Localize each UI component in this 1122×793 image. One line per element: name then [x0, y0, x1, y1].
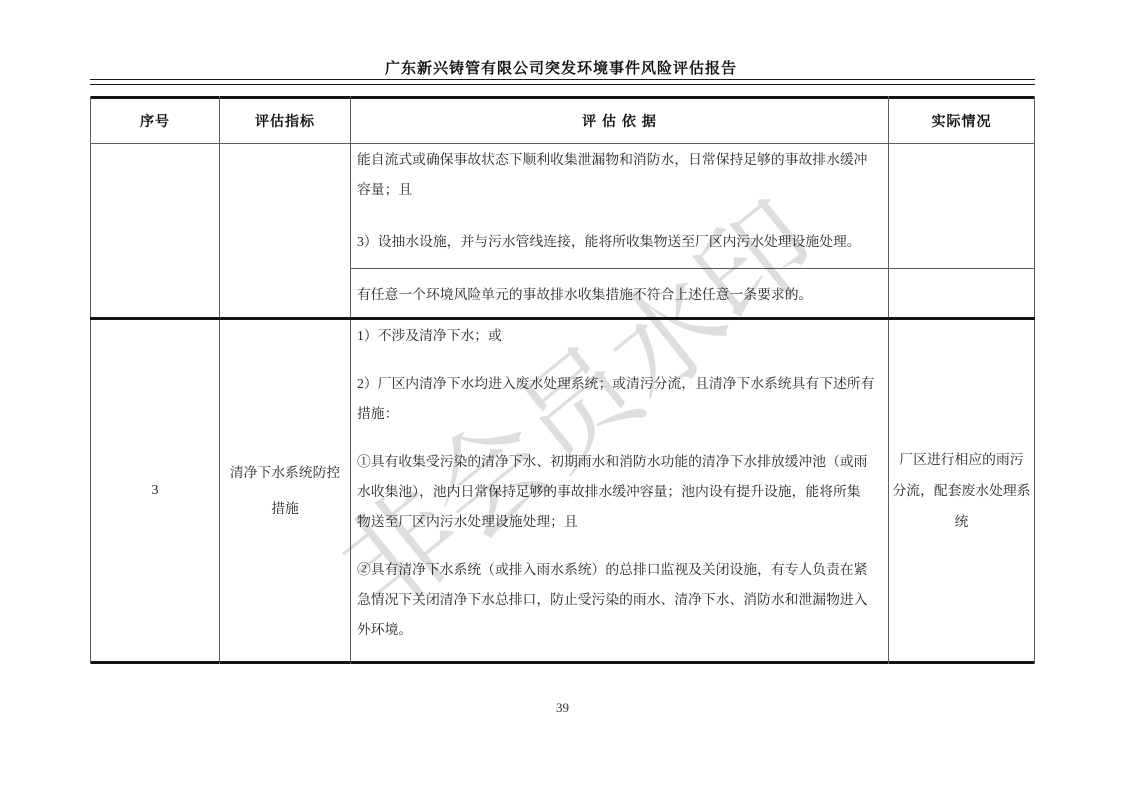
indicator-cell-row3: 清净下水系统防控 措施 [220, 320, 350, 661]
basis-paragraph: ①具有收集受污染的清净下水、初期雨水和消防水功能的清净下水排放缓冲池（或雨 水收… [357, 447, 885, 537]
table-header-separator [90, 143, 1035, 144]
basis-paragraph: 能自流式或确保事故状态下顺利收集泄漏物和消防水，日常保持足够的事故排水缓冲 容量… [357, 145, 885, 205]
header-cell-serial: 序号 [91, 98, 219, 143]
page-number: 39 [90, 700, 1035, 716]
basis-cell-carryover: 能自流式或确保事故状态下顺利收集泄漏物和消防水，日常保持足够的事故排水缓冲 容量… [357, 145, 885, 279]
basis-paragraph: ②具有清净下水系统（或排入雨水系统）的总排口监视及关闭设施，有专人负责在紧 急情… [357, 555, 885, 645]
table-border-right [1034, 96, 1035, 664]
basis-cell-row3: 1）不涉及清净下水；或 2）厂区内清净下水均进入废水处理系统；或清污分流，且清净… [357, 321, 885, 663]
basis-paragraph: 2）厂区内清净下水均进入废水处理系统；或清污分流，且清净下水系统具有下述所有 措… [357, 369, 885, 429]
header-cell-indicator: 评估指标 [220, 98, 350, 143]
basis-cell-fail-condition: 有任意一个环境风险单元的事故排水收集措施不符合上述任意一条要求的。 [357, 269, 885, 316]
table-divider-col2 [350, 96, 351, 664]
header-double-rule [90, 79, 1035, 85]
header-cell-actual: 实际情况 [889, 98, 1034, 143]
header-cell-basis: 评 估 依 据 [351, 98, 888, 143]
assessment-table: 序号 评估指标 评 估 依 据 实际情况 能自流式或确保事故状态下顺利收集泄漏物… [90, 96, 1035, 664]
serial-cell-row3: 3 [91, 320, 219, 661]
basis-paragraph: 1）不涉及清净下水；或 [357, 321, 885, 351]
basis-paragraph: 3）设抽水设施，并与污水管线连接，能将所收集物送至厂区内污水处理设施处理。 [357, 227, 885, 257]
report-header-title: 广东新兴铸管有限公司突发环境事件风险评估报告 [0, 57, 1122, 78]
actual-cell-row3: 厂区进行相应的雨污 分流，配套废水处理系 统 [889, 320, 1034, 661]
document-page: 广东新兴铸管有限公司突发环境事件风险评估报告 序号 评估指标 评 估 依 据 实… [0, 0, 1122, 793]
